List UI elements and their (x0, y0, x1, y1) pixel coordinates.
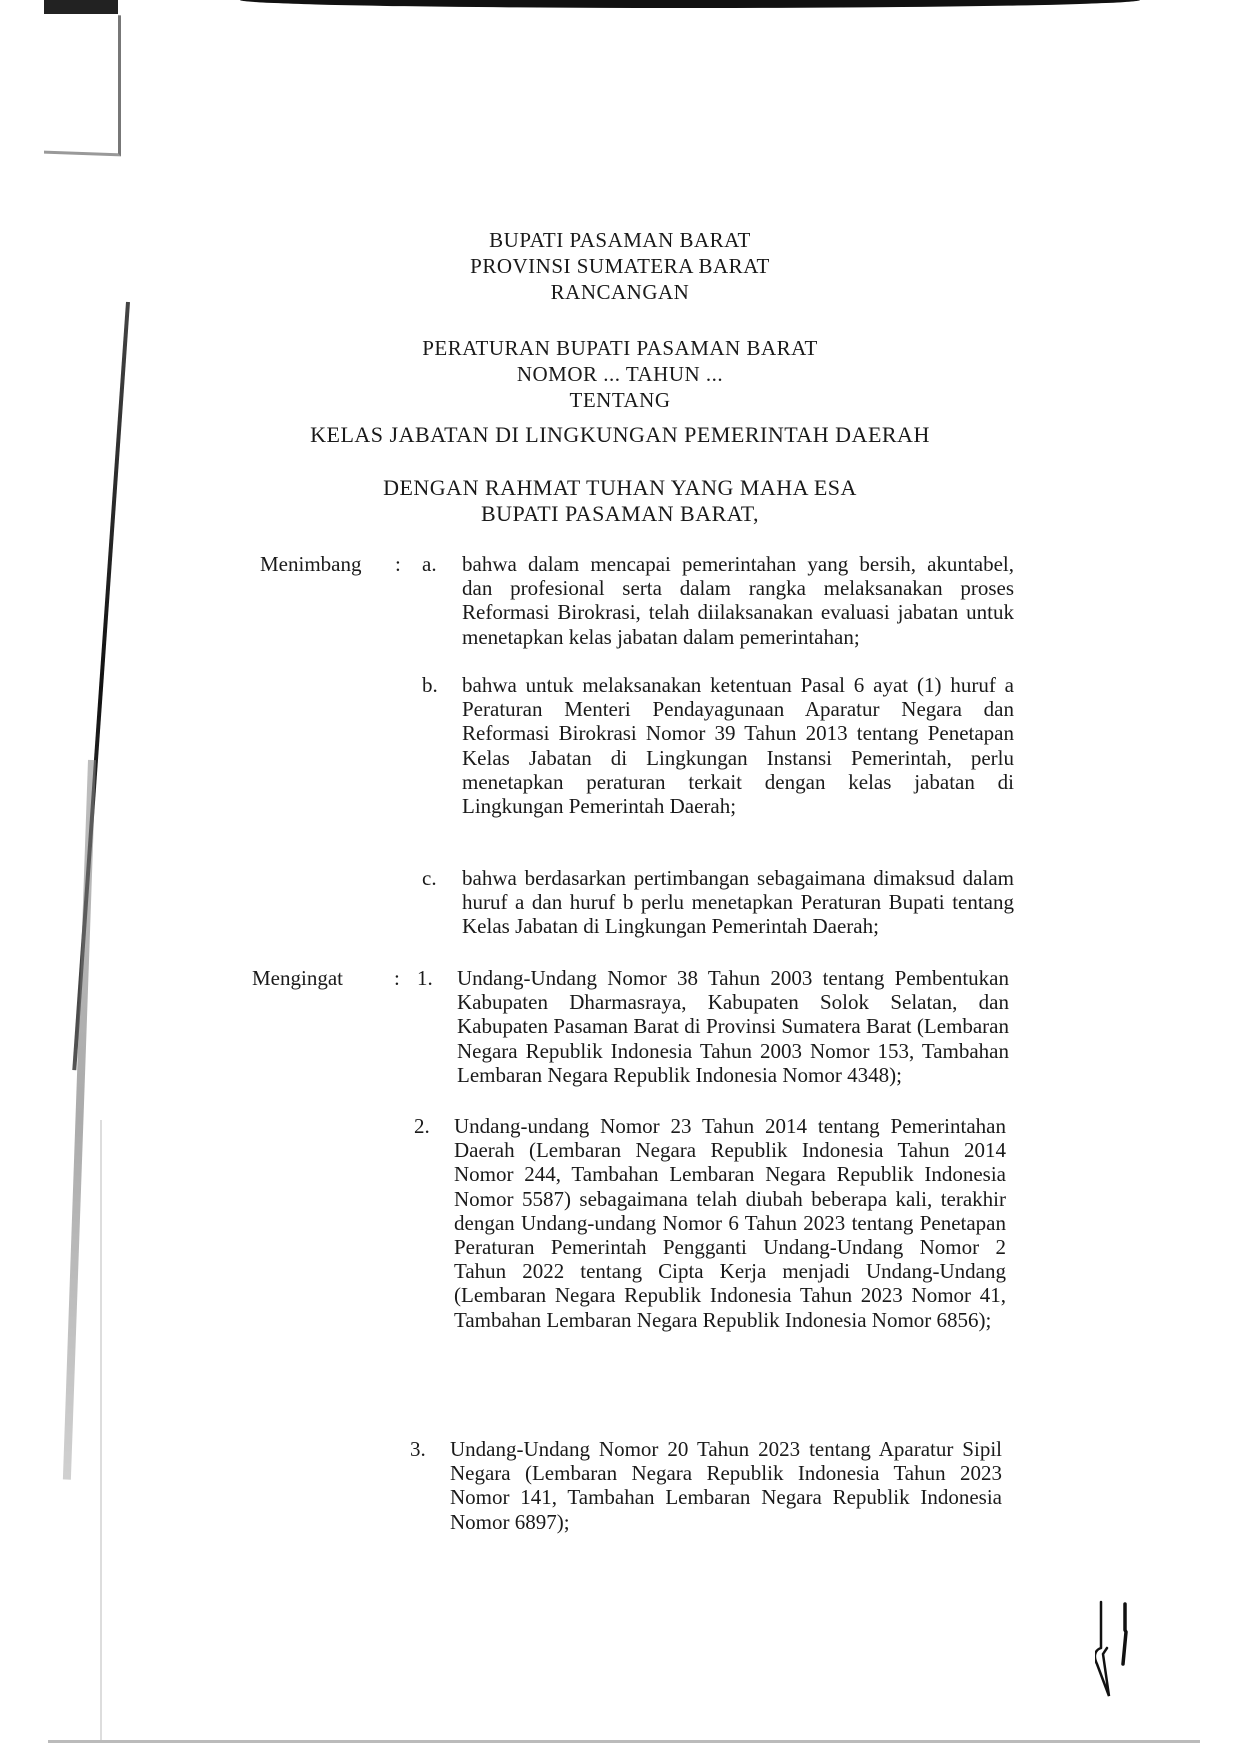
title-line-regulation: PERATURAN BUPATI PASAMAN BARAT (0, 335, 1240, 361)
scan-artifact-left-edge (100, 1120, 102, 1740)
document-header: BUPATI PASAMAN BARAT PROVINSI SUMATERA B… (0, 227, 1240, 305)
preamble-line-regent: BUPATI PASAMAN BARAT, (0, 501, 1240, 527)
mengingat-label: Mengingat (252, 966, 343, 990)
subject-line: KELAS JABATAN DI LINGKUNGAN PEMERINTAH D… (0, 422, 1240, 448)
item-text: bahwa untuk melaksanakan ketentuan Pasal… (462, 673, 1014, 818)
item-marker: 1. (417, 966, 433, 990)
item-text: Undang-Undang Nomor 38 Tahun 2003 tentan… (457, 966, 1009, 1087)
title-line-number: NOMOR ... TAHUN ... (0, 361, 1240, 387)
header-line-regent: BUPATI PASAMAN BARAT (0, 227, 1240, 253)
section-menimbang: Menimbang : a. bahwa dalam mencapai peme… (260, 552, 1060, 972)
scan-artifact-frame (44, 13, 121, 157)
item-marker: a. (422, 552, 437, 576)
section-mengingat: Mengingat : 1. Undang-Undang Nomor 38 Ta… (252, 966, 1062, 1566)
item-text: Undang-Undang Nomor 20 Tahun 2023 tentan… (450, 1437, 1002, 1534)
header-line-draft: RANCANGAN (0, 279, 1240, 305)
scan-artifact-bottom-line (48, 1740, 1200, 1743)
preamble: DENGAN RAHMAT TUHAN YANG MAHA ESA BUPATI… (0, 475, 1240, 527)
regulation-title: PERATURAN BUPATI PASAMAN BARAT NOMOR ...… (0, 335, 1240, 413)
item-text: bahwa dalam mencapai pemerintahan yang b… (462, 552, 1014, 649)
item-marker: 3. (410, 1437, 426, 1461)
handwritten-initials-icon (1095, 1600, 1135, 1700)
regulation-subject: KELAS JABATAN DI LINGKUNGAN PEMERINTAH D… (0, 422, 1240, 448)
item-marker: b. (422, 673, 438, 697)
menimbang-label: Menimbang (260, 552, 361, 576)
item-text: bahwa berdasarkan pertimbangan sebagaima… (462, 866, 1014, 939)
scan-artifact-top-left (44, 0, 118, 14)
mengingat-colon: : (394, 966, 400, 990)
item-text: Undang-undang Nomor 23 Tahun 2014 tentan… (454, 1114, 1006, 1332)
item-marker: 2. (414, 1114, 430, 1138)
item-marker: c. (422, 866, 437, 890)
preamble-line-god: DENGAN RAHMAT TUHAN YANG MAHA ESA (0, 475, 1240, 501)
menimbang-colon: : (395, 552, 401, 576)
scan-artifact-top-bar (240, 0, 1140, 8)
title-line-about: TENTANG (0, 387, 1240, 413)
scan-artifact-left-shadow (63, 760, 96, 1480)
header-line-province: PROVINSI SUMATERA BARAT (0, 253, 1240, 279)
